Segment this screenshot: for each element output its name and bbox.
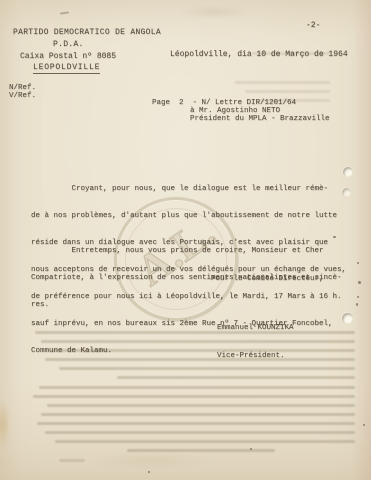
scanned-letter-page: A.L. -2- PARTIDO DEMOCRATICO DE ANGOLA P… [0, 0, 371, 480]
body-line: Croyant, pour nous, que le dialogue est … [31, 185, 346, 194]
paper-mark [250, 448, 252, 450]
signer-name: Emmanuel KOUNZIKA [217, 324, 294, 333]
body-line: Entretemps, nous vous prions de croire, … [31, 247, 342, 256]
punch-hole [343, 167, 353, 177]
subject-line-3: Président du MPLA - Brazzaville [190, 115, 330, 124]
letterhead-acronym: P.D.A. [53, 40, 84, 49]
signer-title: Vice-Président. [217, 352, 294, 361]
your-ref-label: V/Ref. [9, 92, 36, 101]
closing-salutation: Pour le Comité Directeur, [211, 275, 324, 284]
paper-mark [358, 281, 361, 284]
paper-mark [363, 424, 365, 426]
body-line: de à nos problèmes, d'autant plus que l'… [31, 212, 346, 221]
punch-hole [342, 313, 353, 324]
bleedthrough-mark [55, 459, 85, 468]
paper-mark [356, 303, 358, 306]
page-number: -2- [306, 21, 320, 30]
body-line: res. [31, 301, 342, 310]
bleedthrough-paragraph-2 [33, 386, 355, 458]
paper-mark [333, 236, 336, 238]
signature-block: Emmanuel KOUNZIKA Vice-Président. [217, 305, 294, 380]
body-line: Commune de Kalamu. [31, 347, 346, 356]
letterhead-address: Caixa Postal nº 8085 [20, 52, 116, 61]
letterhead-party-name: PARTIDO DEMOCRATICO DE ANGOLA [13, 28, 161, 37]
paper-mark [357, 262, 359, 264]
paper-mark [357, 296, 359, 298]
paper-mark [148, 471, 150, 473]
punch-hole [342, 188, 351, 197]
dateline: Léopoldville, dia 10 de Março de 1964 [170, 50, 348, 59]
letterhead-city: LEOPOLDVILLE [33, 63, 100, 74]
